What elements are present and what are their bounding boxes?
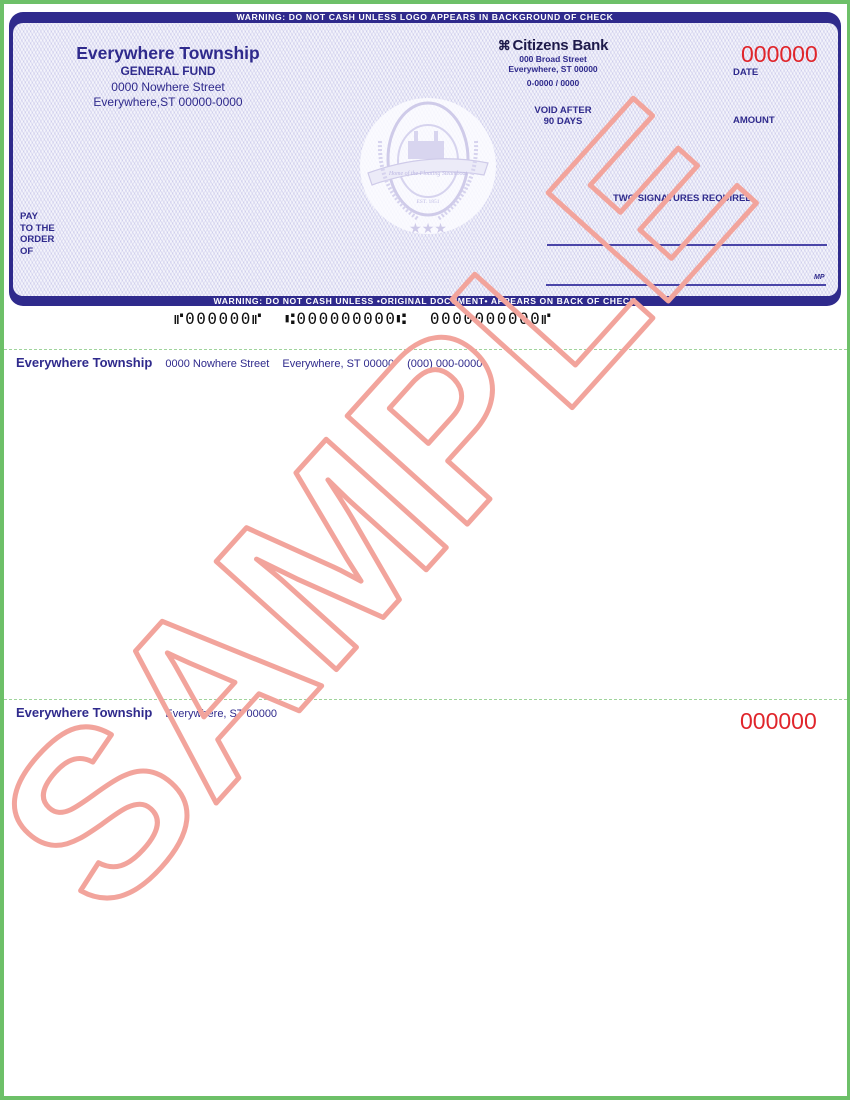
bank-name: ⌘Citizens Bank bbox=[483, 37, 623, 54]
stub-1-street: 0000 Nowhere Street bbox=[165, 358, 269, 370]
stub-2-header: Everywhere Township Everywhere, ST 00000 bbox=[16, 705, 287, 720]
warning-top-banner: WARNING: DO NOT CASH UNLESS LOGO APPEARS… bbox=[9, 12, 841, 22]
bank-info: ⌘Citizens Bank 000 Broad Street Everywhe… bbox=[483, 37, 623, 88]
check: WARNING: DO NOT CASH UNLESS LOGO APPEARS… bbox=[9, 12, 841, 306]
void-notice: VOID AFTER 90 DAYS bbox=[523, 105, 603, 127]
township-seal-icon: Home of the Floating Steamboat EST. 1851… bbox=[358, 91, 498, 241]
stub-1-header: Everywhere Township 0000 Nowhere Street … bbox=[16, 355, 492, 370]
svg-text:★★★: ★★★ bbox=[409, 220, 447, 236]
warning-bottom-banner: WARNING: DO NOT CASH UNLESS •ORIGINAL DO… bbox=[9, 296, 841, 306]
bank-street: 000 Broad Street bbox=[483, 54, 623, 64]
amount-label: AMOUNT bbox=[733, 115, 775, 126]
payer-street: 0000 Nowhere Street bbox=[13, 80, 323, 94]
signature-line-2 bbox=[546, 284, 826, 286]
stub-2-city: Everywhere, ST 00000 bbox=[165, 708, 277, 720]
mp-security-mark: MP bbox=[814, 274, 825, 281]
stub-1-phone: (000) 000-0000 bbox=[407, 358, 482, 370]
stub-2-name: Everywhere Township bbox=[16, 705, 152, 720]
stub-1-city: Everywhere, ST 00000 bbox=[282, 358, 394, 370]
stub-2-check-number: 000000 bbox=[740, 708, 817, 735]
payer-city: Everywhere,ST 00000-0000 bbox=[13, 95, 323, 109]
citizens-bank-logo-icon: ⌘ bbox=[498, 38, 511, 53]
micr-line: ⑈000000⑈ ⑆000000000⑆ 0000000000⑈ bbox=[174, 309, 552, 328]
two-signatures-label: TWO SIGNATURES REQUIRED bbox=[613, 193, 752, 204]
payer-name: Everywhere Township bbox=[13, 43, 323, 64]
perforation-line-1 bbox=[4, 349, 847, 350]
stub-1-name: Everywhere Township bbox=[16, 355, 152, 370]
signature-line-1 bbox=[547, 244, 827, 246]
perforation-line-2 bbox=[4, 699, 847, 700]
pay-to-the-order-of-label: PAY TO THE ORDER OF bbox=[20, 211, 55, 257]
bank-city: Everywhere, ST 00000 bbox=[483, 64, 623, 74]
check-face: Everywhere Township GENERAL FUND 0000 No… bbox=[13, 23, 838, 296]
date-label: DATE bbox=[733, 67, 758, 78]
check-number: 000000 bbox=[741, 41, 818, 68]
routing-fraction: 0-0000 / 0000 bbox=[483, 78, 623, 88]
payer-fund: GENERAL FUND bbox=[13, 64, 323, 78]
svg-text:Home of the Floating Steamboat: Home of the Floating Steamboat bbox=[388, 170, 468, 177]
svg-text:EST. 1851: EST. 1851 bbox=[416, 199, 439, 205]
